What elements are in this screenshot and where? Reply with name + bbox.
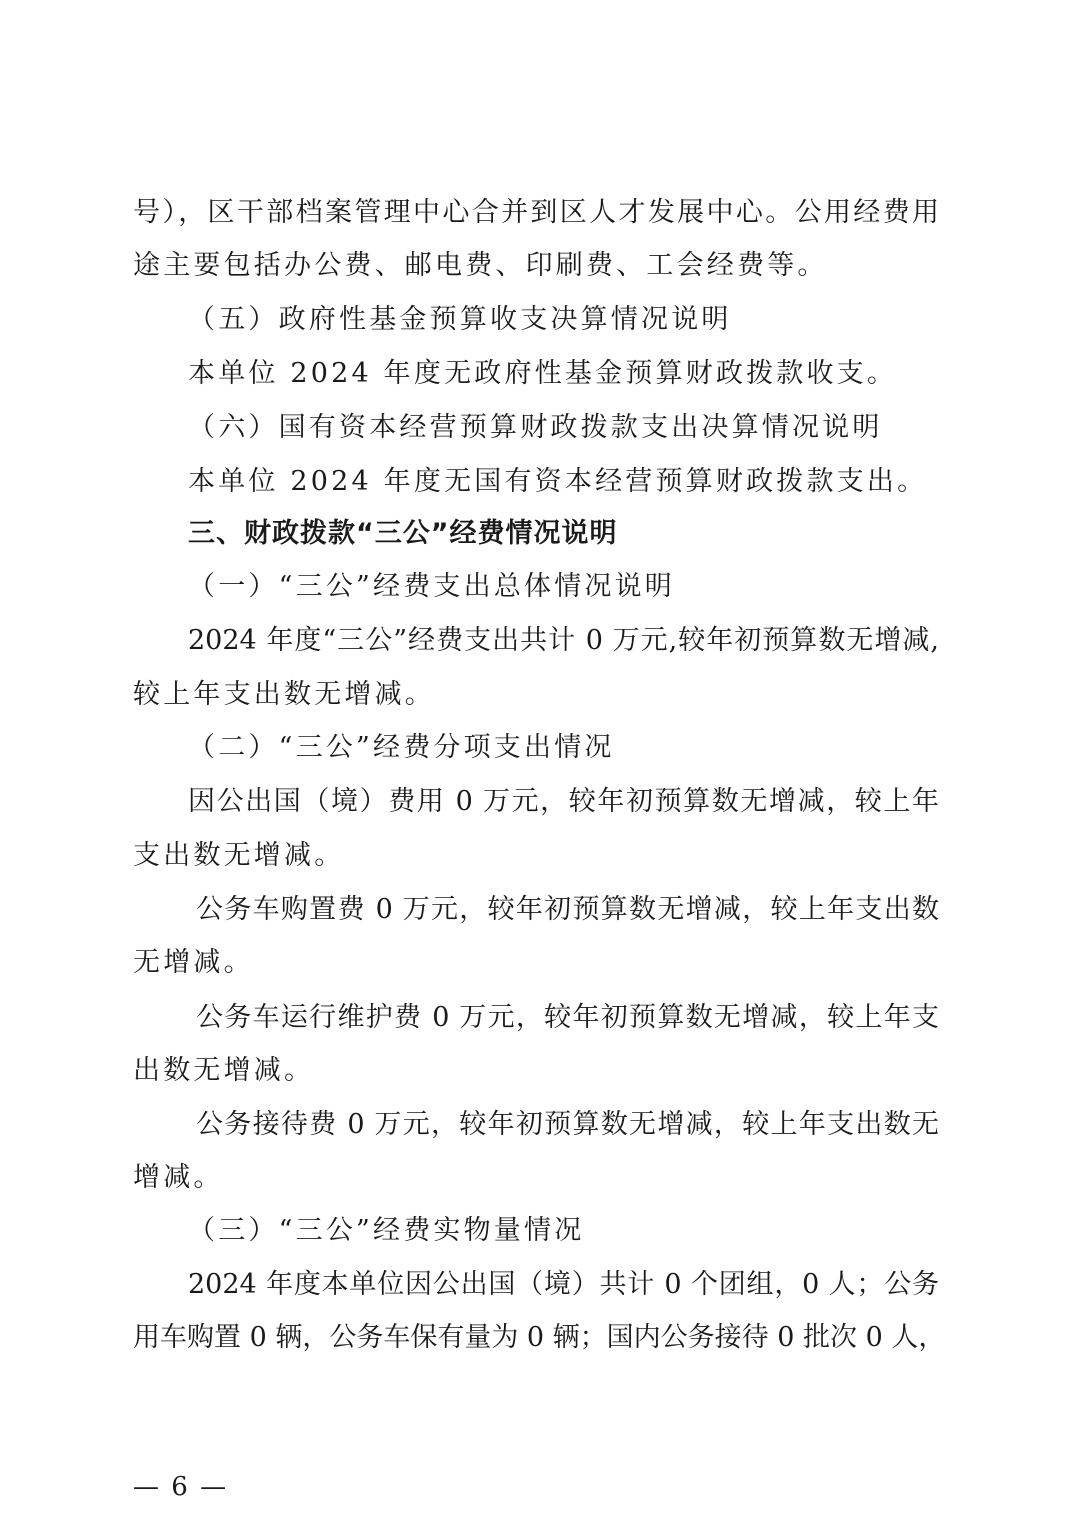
subsection-heading: （一）“三公”经费支出总体情况说明 [188,567,939,607]
paragraph-line: 支出数无增减。 [133,836,939,876]
paragraph-line: 2024 年度本单位因公出国（境）共计 0 个团组，0 人；公务 [188,1265,939,1305]
paragraph-line: 途主要包括办公费、邮电费、印刷费、工会经费等。 [133,246,939,286]
paragraph-line: 本单位 2024 年度无国有资本经营预算财政拨款支出。 [188,462,939,502]
paragraph-line: 无增减。 [133,943,939,983]
paragraph-line: 出数无增减。 [133,1051,939,1091]
paragraph-line: 公务车购置费 0 万元，较年初预算数无增减，较上年支出数 [196,890,939,930]
page-number: — 6 — [133,1470,228,1504]
paragraph-line: 公务接待费 0 万元，较年初预算数无增减，较上年支出数无 [196,1105,939,1145]
section-heading: 三、财政拨款“三公”经费情况说明 [188,514,939,554]
paragraph-line: 号），区干部档案管理中心合并到区人才发展中心。公用经费用 [133,193,939,233]
paragraph-line: 本单位 2024 年度无政府性基金预算财政拨款收支。 [188,354,939,394]
subsection-heading: （六）国有资本经营预算财政拨款支出决算情况说明 [188,408,939,448]
paragraph-line: 因公出国（境）费用 0 万元，较年初预算数无增减，较上年 [188,782,939,822]
subsection-heading: （三）“三公”经费实物量情况 [188,1211,939,1251]
document-page: 号），区干部档案管理中心合并到区人才发展中心。公用经费用 途主要包括办公费、邮电… [0,0,1069,1515]
paragraph-line: 用车购置 0 辆，公务车保有量为 0 辆；国内公务接待 0 批次 0 人， [133,1318,939,1358]
paragraph-line: 2024 年度“三公”经费支出共计 0 万元,较年初预算数无增减, [188,621,939,661]
paragraph-line: 较上年支出数无增减。 [133,675,939,715]
paragraph-line: 公务车运行维护费 0 万元，较年初预算数无增减，较上年支 [196,998,939,1038]
subsection-heading: （二）“三公”经费分项支出情况 [188,728,939,768]
subsection-heading: （五）政府性基金预算收支决算情况说明 [188,300,939,340]
paragraph-line: 增减。 [133,1158,939,1198]
